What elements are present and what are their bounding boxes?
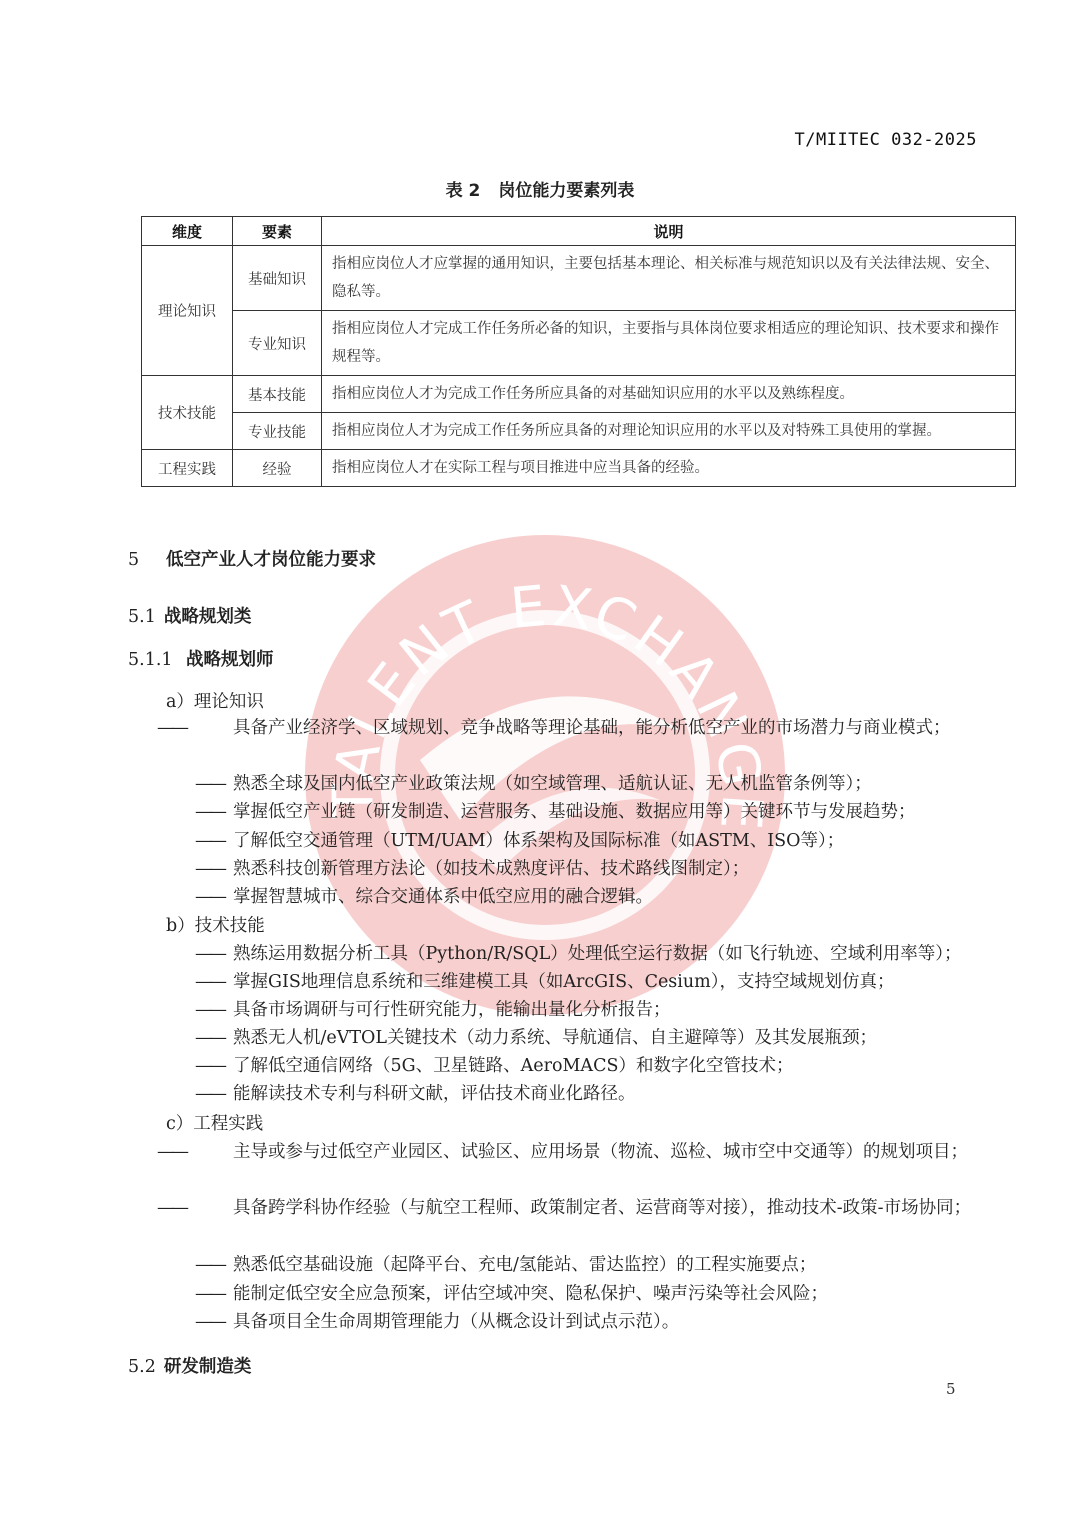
section-title: 低空产业人才岗位能力要求	[166, 550, 376, 570]
item-text: 掌握低空产业链（研发制造、运营服务、基础设施、数据应用等）关键环节与发展趋势；	[233, 802, 916, 822]
section-number: 5.1.1	[128, 650, 186, 670]
table-row: 工程实践 经验 指相应岗位人才在实际工程与项目推进中应当具备的经验。	[142, 450, 1016, 487]
list-item: ——具备产业经济学、区域规划、竞争战略等理论基础，能分析低空产业的市场潜力与商业…	[195, 714, 985, 742]
table-header-row: 维度 要素 说明	[142, 217, 1016, 246]
dimension-cell: 工程实践	[142, 450, 233, 487]
dash-marker: ——	[195, 714, 233, 742]
dash-marker: ——	[195, 1024, 233, 1052]
table-row: 专业技能 指相应岗位人才为完成工作任务所应具备的对理论知识应用的水平以及对特殊工…	[142, 413, 1016, 450]
element-cell: 基础知识	[233, 246, 322, 311]
table-caption-number: 表 2	[446, 181, 481, 201]
section-number: 5.2	[128, 1357, 156, 1377]
list-item: ——能制定低空安全应急预案，评估空域冲突、隐私保护、噪声污染等社会风险；	[195, 1280, 985, 1308]
dash-marker: ——	[195, 855, 233, 883]
item-text: 具备项目全生命周期管理能力（从概念设计到试点示范）。	[233, 1312, 679, 1332]
item-text: 具备产业经济学、区域规划、竞争战略等理论基础，能分析低空产业的市场潜力与商业模式…	[233, 718, 951, 738]
dash-marker: ——	[195, 1052, 233, 1080]
dash-marker: ——	[195, 1251, 233, 1279]
element-cell: 基本技能	[233, 376, 322, 413]
section-number: 5	[128, 550, 166, 570]
section-5-2-heading: 5.2研发制造类	[128, 1353, 251, 1378]
page-number: 5	[946, 1380, 956, 1398]
section-title: 战略规划师	[186, 650, 274, 670]
table-caption-title: 岗位能力要素列表	[498, 181, 634, 201]
item-text: 具备市场调研与可行性研究能力，能输出量化分析报告；	[233, 1000, 671, 1020]
item-text: 掌握GIS地理信息系统和三维建模工具（如ArcGIS、Cesium），支持空域规…	[233, 972, 895, 992]
list-item: ——能解读技术专利与科研文献，评估技术商业化路径。	[195, 1080, 985, 1108]
item-text: 能制定低空安全应急预案，评估空域冲突、隐私保护、噪声污染等社会风险；	[233, 1284, 828, 1304]
standard-code: T/MIITEC 032-2025	[795, 130, 978, 150]
dimension-cell: 技术技能	[142, 376, 233, 450]
item-text: 具备跨学科协作经验（与航空工程师、政策制定者、运营商等对接），推动技术-政策-市…	[233, 1198, 971, 1218]
header-dimension: 维度	[142, 217, 233, 246]
dash-marker: ——	[195, 770, 233, 798]
section-title: 战略规划类	[164, 607, 252, 627]
subsection-a-label: a）理论知识	[166, 688, 264, 713]
item-text: 熟悉无人机/eVTOL关键技术（动力系统、导航通信、自主避障等）及其发展瓶颈；	[233, 1028, 877, 1048]
dash-marker: ——	[195, 968, 233, 996]
dash-marker: ——	[195, 827, 233, 855]
section-number: 5.1	[128, 607, 156, 627]
dash-marker: ——	[195, 1194, 233, 1222]
description-cell: 指相应岗位人才应掌握的通用知识，主要包括基本理论、相关标准与规范知识以及有关法律…	[322, 246, 1016, 311]
item-text: 熟悉低空基础设施（起降平台、充电/氢能站、雷达监控）的工程实施要点；	[233, 1255, 816, 1275]
item-text: 能解读技术专利与科研文献，评估技术商业化路径。	[233, 1084, 636, 1104]
section-5-1-1-heading: 5.1.1战略规划师	[128, 646, 274, 671]
competency-elements-table: 维度 要素 说明 理论知识 基础知识 指相应岗位人才应掌握的通用知识，主要包括基…	[141, 216, 1016, 487]
item-text: 主导或参与过低空产业园区、试验区、应用场景（物流、巡检、城市空中交通等）的规划项…	[233, 1142, 968, 1162]
list-item: ——掌握GIS地理信息系统和三维建模工具（如ArcGIS、Cesium），支持空…	[195, 968, 985, 996]
item-text: 了解低空通信网络（5G、卫星链路、AeroMACS）和数字化空管技术；	[233, 1056, 793, 1076]
header-description: 说明	[322, 217, 1016, 246]
element-cell: 专业知识	[233, 311, 322, 376]
list-item: ——具备项目全生命周期管理能力（从概念设计到试点示范）。	[195, 1308, 985, 1336]
item-text: 熟悉科技创新管理方法论（如技术成熟度评估、技术路线图制定）；	[233, 859, 749, 879]
table-row: 技术技能 基本技能 指相应岗位人才为完成工作任务所应具备的对基础知识应用的水平以…	[142, 376, 1016, 413]
list-item: ——具备跨学科协作经验（与航空工程师、政策制定者、运营商等对接），推动技术-政策…	[195, 1194, 985, 1222]
list-item: ——了解低空交通管理（UTM/UAM）体系架构及国际标准（如ASTM、ISO等）…	[195, 827, 985, 855]
item-text: 了解低空交通管理（UTM/UAM）体系架构及国际标准（如ASTM、ISO等）；	[233, 831, 844, 851]
description-cell: 指相应岗位人才为完成工作任务所应具备的对基础知识应用的水平以及熟练程度。	[322, 376, 1016, 413]
dash-marker: ——	[195, 798, 233, 826]
description-cell: 指相应岗位人才完成工作任务所必备的知识，主要指与具体岗位要求相适应的理论知识、技…	[322, 311, 1016, 376]
element-cell: 经验	[233, 450, 322, 487]
list-item: ——熟悉全球及国内低空产业政策法规（如空域管理、适航认证、无人机监管条例等）；	[195, 770, 985, 798]
element-cell: 专业技能	[233, 413, 322, 450]
subsection-c-label: c）工程实践	[166, 1110, 263, 1135]
dash-marker: ——	[195, 1280, 233, 1308]
section-title: 研发制造类	[164, 1357, 252, 1377]
section-5-1-heading: 5.1战略规划类	[128, 603, 251, 628]
dash-marker: ——	[195, 1308, 233, 1336]
table-row: 理论知识 基础知识 指相应岗位人才应掌握的通用知识，主要包括基本理论、相关标准与…	[142, 246, 1016, 311]
item-text: 熟练运用数据分析工具（Python/R/SQL）处理低空运行数据（如飞行轨迹、空…	[233, 944, 961, 964]
table-caption: 表 2岗位能力要素列表	[0, 176, 1080, 201]
item-text: 掌握智慧城市、综合交通体系中低空应用的融合逻辑。	[233, 887, 653, 907]
list-item: ——熟悉低空基础设施（起降平台、充电/氢能站、雷达监控）的工程实施要点；	[195, 1251, 985, 1279]
section-5-heading: 5低空产业人才岗位能力要求	[128, 546, 376, 571]
list-item: ——了解低空通信网络（5G、卫星链路、AeroMACS）和数字化空管技术；	[195, 1052, 985, 1080]
dash-marker: ——	[195, 996, 233, 1024]
dash-marker: ——	[195, 1080, 233, 1108]
description-cell: 指相应岗位人才为完成工作任务所应具备的对理论知识应用的水平以及对特殊工具使用的掌…	[322, 413, 1016, 450]
dash-marker: ——	[195, 883, 233, 911]
list-item: ——熟悉科技创新管理方法论（如技术成熟度评估、技术路线图制定）；	[195, 855, 985, 883]
list-item: ——主导或参与过低空产业园区、试验区、应用场景（物流、巡检、城市空中交通等）的规…	[195, 1138, 985, 1166]
list-item: ——熟练运用数据分析工具（Python/R/SQL）处理低空运行数据（如飞行轨迹…	[195, 940, 985, 968]
item-text: 熟悉全球及国内低空产业政策法规（如空域管理、适航认证、无人机监管条例等）；	[233, 774, 872, 794]
list-item: ——掌握低空产业链（研发制造、运营服务、基础设施、数据应用等）关键环节与发展趋势…	[195, 798, 985, 826]
list-item: ——掌握智慧城市、综合交通体系中低空应用的融合逻辑。	[195, 883, 985, 911]
table-row: 专业知识 指相应岗位人才完成工作任务所必备的知识，主要指与具体岗位要求相适应的理…	[142, 311, 1016, 376]
dash-marker: ——	[195, 1138, 233, 1166]
description-cell: 指相应岗位人才在实际工程与项目推进中应当具备的经验。	[322, 450, 1016, 487]
header-element: 要素	[233, 217, 322, 246]
subsection-b-label: b）技术技能	[166, 912, 265, 937]
list-item: ——具备市场调研与可行性研究能力，能输出量化分析报告；	[195, 996, 985, 1024]
dimension-cell: 理论知识	[142, 246, 233, 376]
dash-marker: ——	[195, 940, 233, 968]
list-item: ——熟悉无人机/eVTOL关键技术（动力系统、导航通信、自主避障等）及其发展瓶颈…	[195, 1024, 985, 1052]
